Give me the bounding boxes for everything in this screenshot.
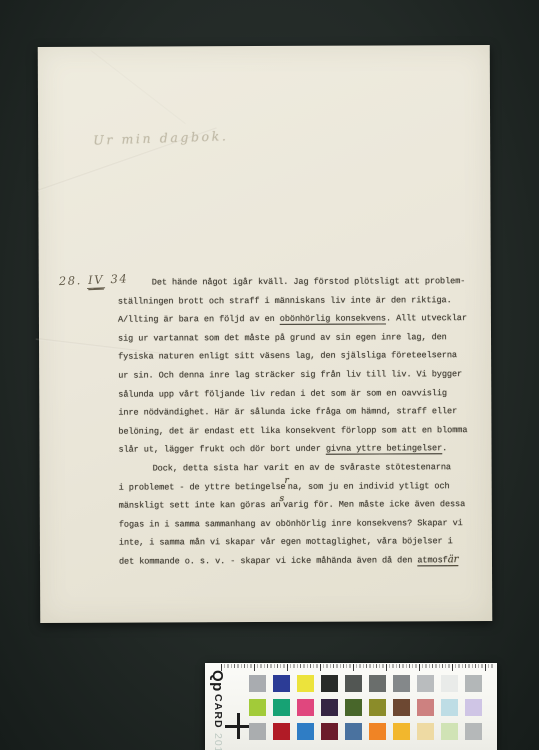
color-patch xyxy=(441,723,458,740)
text-line: inte, i samma mån vi skapar vår egen mot… xyxy=(119,532,489,552)
crosshair-mark xyxy=(225,713,251,739)
text-segment: ur sin. Och denna inre lag sträcker sig … xyxy=(118,369,462,381)
qpcard-brand-label: Qp xyxy=(210,670,225,692)
text-segment: Det hände något igår kväll. Jag förstod … xyxy=(152,276,466,287)
text-line: belöning, det är endast ett lika konsekv… xyxy=(118,421,488,441)
color-patch xyxy=(249,675,266,692)
color-patch xyxy=(393,675,410,692)
card-label: QpCARD201 xyxy=(210,670,225,744)
handwritten-correction: är xyxy=(448,554,459,565)
text-segment: det kommande o. s. v. - skapar vi icke m… xyxy=(119,555,417,566)
text-segment: . xyxy=(442,444,447,454)
text-line: fysiska naturen enligt sitt väsens lag, … xyxy=(118,346,488,366)
text-segment: belöning, det är endast ett lika konsekv… xyxy=(118,425,467,437)
date-month: IV xyxy=(87,272,106,289)
qpcard-model-label: 201 xyxy=(212,733,223,750)
typed-text: Det hände något igår kväll. Jag förstod … xyxy=(118,272,489,571)
color-patch xyxy=(465,699,482,716)
color-patch xyxy=(393,723,410,740)
color-patch xyxy=(441,675,458,692)
color-patch xyxy=(249,699,266,716)
color-patch xyxy=(393,699,410,716)
qpcard-brand-label-rest: CARD xyxy=(212,694,223,729)
color-patch xyxy=(273,699,290,716)
text-segment: slår ut, lägger frukt och dör bort under xyxy=(118,444,325,455)
text-segment: atmosf xyxy=(417,555,447,565)
pencil-note: Ur min dagbok. xyxy=(93,128,229,147)
text-segment: givna yttre betingelser xyxy=(326,444,442,455)
handwritten-correction: r xyxy=(285,475,289,485)
text-segment: inre nödvändighet. Här är sålunda icke f… xyxy=(118,406,457,417)
text-segment: na, som ju en individ ytligt och xyxy=(288,481,450,492)
color-patch xyxy=(249,723,266,740)
text-segment: inte, i samma mån vi skapar vår egen mot… xyxy=(119,536,453,547)
color-patch-grid xyxy=(249,675,482,740)
text-segment: varig för. Men måste icke även dessa xyxy=(283,499,465,510)
color-calibration-card: QpCARD201 xyxy=(205,663,497,750)
text-segment: mänskligt sett inte kan göras an xyxy=(119,500,281,511)
date-day: 28. xyxy=(59,273,83,288)
color-patch xyxy=(417,723,434,740)
color-patch xyxy=(297,675,314,692)
text-line: ur sin. Och denna inre lag sträcker sig … xyxy=(118,365,488,385)
document-page: Ur min dagbok. 28. IV 34 Det hände något… xyxy=(38,45,493,623)
text-line: Det hände något igår kväll. Jag förstod … xyxy=(118,272,488,292)
text-line: fogas in i samma sammanhang av obönhörli… xyxy=(119,514,489,534)
color-patch xyxy=(297,699,314,716)
color-patch xyxy=(321,723,338,740)
color-patch xyxy=(321,699,338,716)
color-patch xyxy=(465,723,482,740)
color-patch xyxy=(345,675,362,692)
photo-scene: Ur min dagbok. 28. IV 34 Det hände något… xyxy=(0,0,539,750)
text-line: mänskligt sett inte kan göras ansvarig f… xyxy=(119,495,489,515)
text-segment: fysiska naturen enligt sitt väsens lag, … xyxy=(118,351,457,362)
text-line: i problemet - de yttre betingelserna, so… xyxy=(119,477,489,497)
color-patch xyxy=(369,699,386,716)
color-patch xyxy=(345,699,362,716)
handwritten-correction: s xyxy=(280,494,285,504)
text-segment: fogas in i samma sammanhang av obönhörli… xyxy=(119,518,463,530)
text-line: Dock, detta sista har varit en av de svå… xyxy=(119,458,489,478)
text-segment: sålunda upp vårt följande liv redan i de… xyxy=(118,388,447,399)
color-patch xyxy=(369,723,386,740)
color-patch xyxy=(345,723,362,740)
text-line: slår ut, lägger frukt och dör bort under… xyxy=(118,439,488,459)
text-segment: sig ur vartannat som det måste på grund … xyxy=(118,332,447,343)
color-patch xyxy=(369,675,386,692)
color-patch xyxy=(417,675,434,692)
text-segment: obönhörlig konsekvens xyxy=(280,314,386,324)
color-patch xyxy=(441,699,458,716)
text-segment: ställningen brott och straff i människan… xyxy=(118,295,452,306)
text-segment: Dock, detta sista har varit en av de svå… xyxy=(153,462,451,473)
text-line: A/llting är bara en följd av en obönhörl… xyxy=(118,309,488,329)
text-segment: . Allt utvecklar xyxy=(386,313,467,323)
text-segment: i problemet - de yttre betingelse xyxy=(119,481,286,492)
color-patch xyxy=(417,699,434,716)
text-line: sålunda upp vårt följande liv redan i de… xyxy=(118,384,488,404)
color-patch xyxy=(321,675,338,692)
color-patch xyxy=(273,723,290,740)
text-line: inre nödvändighet. Här är sålunda icke f… xyxy=(118,402,488,422)
text-line: sig ur vartannat som det måste på grund … xyxy=(118,328,488,348)
ruler-scale xyxy=(221,664,494,672)
paper-crease xyxy=(90,50,186,125)
color-patch xyxy=(273,675,290,692)
color-patch xyxy=(297,723,314,740)
color-patch xyxy=(465,675,482,692)
text-line: det kommande o. s. v. - skapar vi icke m… xyxy=(119,551,489,571)
text-line: ställningen brott och straff i människan… xyxy=(118,291,488,311)
text-segment: A/llting är bara en följd av en xyxy=(118,314,280,325)
